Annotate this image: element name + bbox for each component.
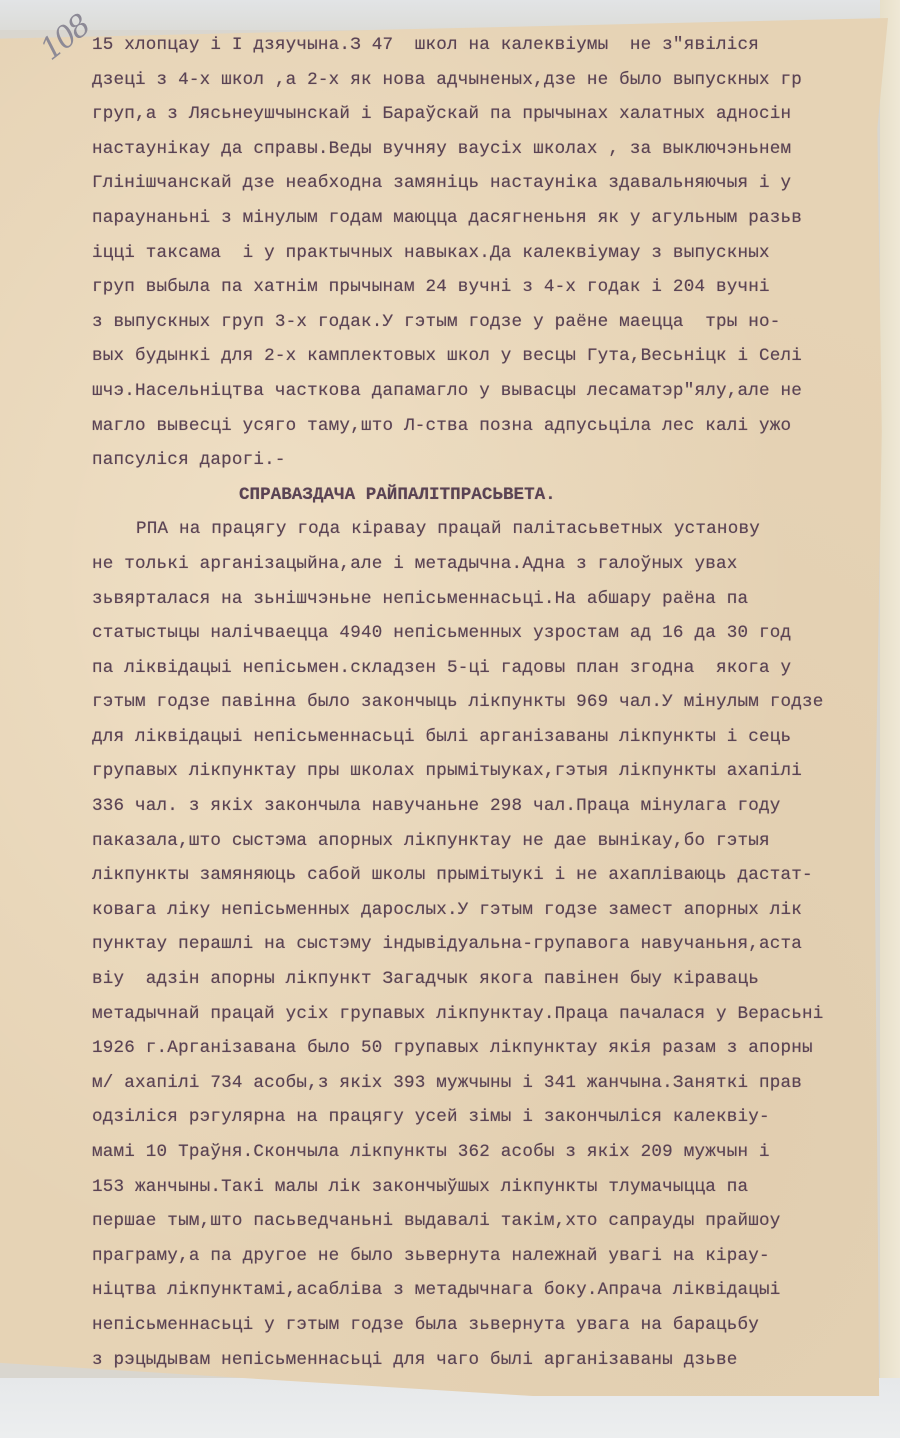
text-line: груп выбыла па хатнім прычынам 24 вучні … (92, 270, 882, 305)
text-line: м/ ахапілі 734 асобы,з якіх 393 мужчыны … (92, 1066, 882, 1101)
text-line: пунктау перашлі на сыстэму індывідуальна… (92, 927, 882, 962)
text-line: для ліквідацыі непісьменнасьці былі арга… (92, 720, 882, 755)
text-line: зьвярталася на зьнішчэньне непісьменнась… (92, 582, 882, 617)
text-line: групавых лікпунктау пры школах прымітыук… (92, 754, 882, 789)
text-line: 153 жанчыны.Такі малы лік закончыўшых лі… (92, 1170, 882, 1205)
text-line: магло вывесці усяго таму,што Л-ства позн… (92, 409, 882, 444)
text-line: мамі 10 Траўня.Скончыла лікпункты 362 ас… (92, 1135, 882, 1170)
section-heading: СПРАВАЗДАЧА РАЙПАЛІТПРАСЬВЕТА. (92, 478, 882, 513)
text-line: гэтым годзе павінна было закончыць лікпу… (92, 685, 882, 720)
text-line: 336 чал. з якіх закончыла навучаньне 298… (92, 789, 882, 824)
text-line: з выпускных груп 3-х годак.У гэтым годзе… (92, 305, 882, 340)
paragraph-literacy-report: РПА на працягу года кіравау працай паліт… (92, 512, 882, 1377)
text-line: метадычнай працай усіх групавых лікпункт… (92, 997, 882, 1032)
text-line: статыстыцы налічваецца 4940 непісьменных… (92, 616, 882, 651)
text-line: папсуліся дарогі.- (92, 443, 882, 478)
text-line: груп,а з Лясьнеушчынскай і Бараўскай па … (92, 97, 882, 132)
text-line: лікпункты замяняюць сабой школы прымітыу… (92, 858, 882, 893)
text-line: вых будынкі для 2-х камплектовых школ у … (92, 339, 882, 374)
text-line: дзеці з 4-х школ ,а 2-х як нова адчынены… (92, 63, 882, 98)
typewritten-text: 15 хлопцау і І дзяучына.З 47 школ на кал… (92, 28, 882, 1377)
text-line: ніцтва лікпунктамі,асабліва з метадычнаг… (92, 1273, 882, 1308)
text-line: праграму,а па другое не было зьвернута н… (92, 1239, 882, 1274)
text-line: одзіліся рэгулярна на працягу усей зімы … (92, 1100, 882, 1135)
text-line: не толькі арганізацыйна,але і метадычна.… (92, 547, 882, 582)
text-line: Глінішчанскай дзе неабходна замяніць нас… (92, 166, 882, 201)
text-line: шчэ.Насельніцтва часткова дапамагло у вы… (92, 374, 882, 409)
text-line: ковага ліку непісьменных дарослых.У гэты… (92, 893, 882, 928)
text-line: РПА на працягу года кіравау працай паліт… (92, 512, 882, 547)
text-line: 1926 г.Арганізавана было 50 групавых лік… (92, 1031, 882, 1066)
text-line: па ліквідацыі непісьмен.складзен 5-ці га… (92, 651, 882, 686)
adjacent-page-edge (880, 0, 900, 1438)
text-line: паказала,што сыстэма апорных лікпунктау … (92, 824, 882, 859)
text-line: віу адзін апорны лікпункт Загадчык якога… (92, 962, 882, 997)
text-line: непісьменнасьці у гэтым годзе была зьвер… (92, 1308, 882, 1343)
text-line: з рэцыдывам непісьменнасьці для чаго был… (92, 1343, 882, 1378)
text-line: 15 хлопцау і І дзяучына.З 47 школ на кал… (92, 28, 882, 63)
paragraph-school-report: 15 хлопцау і І дзяучына.З 47 школ на кал… (92, 28, 882, 478)
text-line: параунаньні з мінулым годам маюцца дасяг… (92, 201, 882, 236)
text-line: іцці таксама і у практычных навыках.Да к… (92, 236, 882, 271)
text-line: першае тым,што пасьведчаньні выдавалі та… (92, 1204, 882, 1239)
text-line: настаунікау да справы.Веды вучняу ваусіх… (92, 132, 882, 167)
